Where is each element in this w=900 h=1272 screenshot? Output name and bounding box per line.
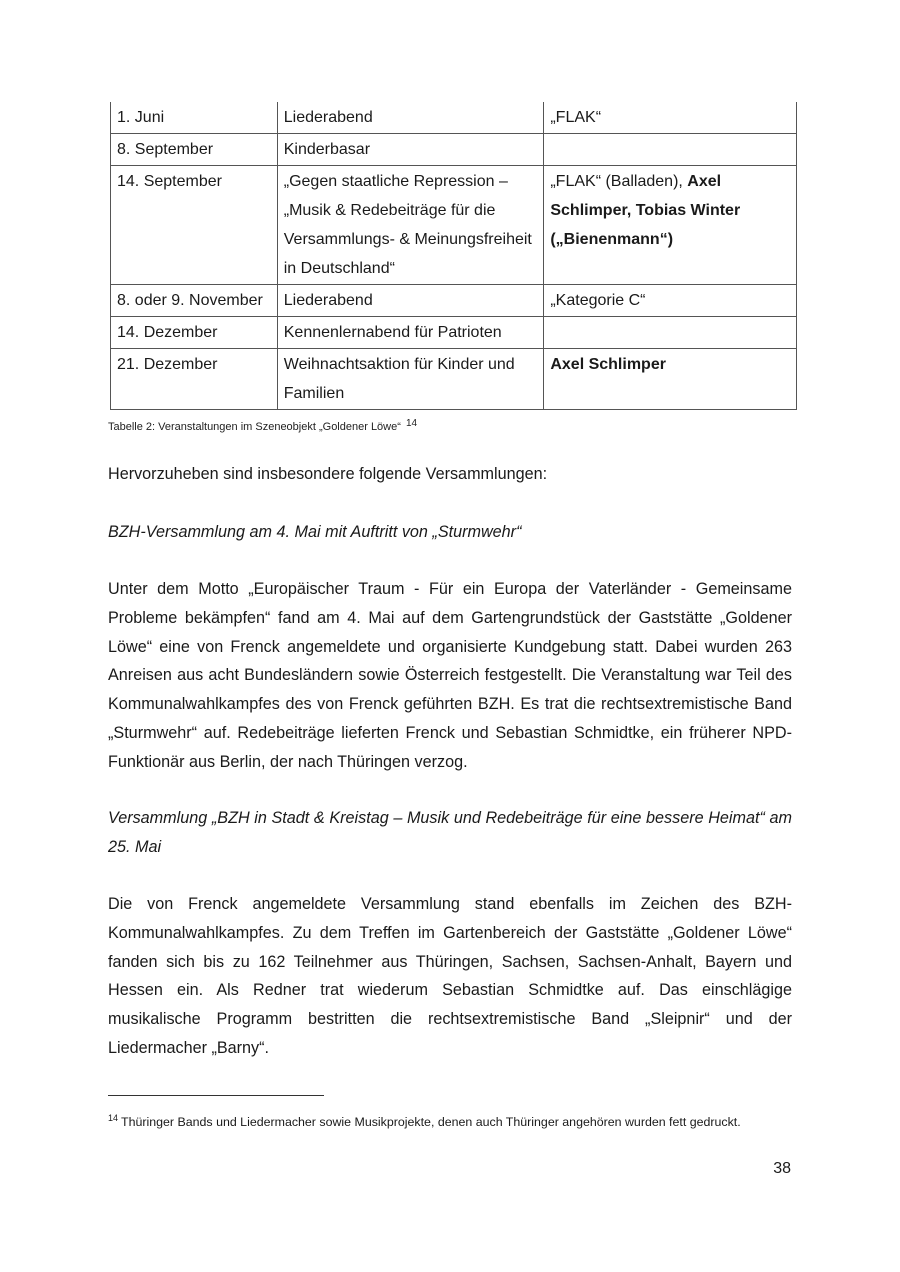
- events-table: 1. JuniLiederabend„FLAK“8. SeptemberKind…: [110, 102, 797, 410]
- footnote-divider: [108, 1095, 324, 1096]
- caption-footnote-ref[interactable]: 14: [406, 418, 417, 429]
- section-heading-sturmwehr: BZH-Versammlung am 4. Mai mit Auftritt v…: [108, 518, 792, 547]
- cell-artists: [544, 134, 797, 166]
- cell-event: Weihnachtsaktion für Kinder und Familien: [277, 349, 544, 410]
- cell-event: Liederabend: [277, 102, 544, 134]
- table-row: 8. SeptemberKinderbasar: [111, 134, 797, 166]
- paragraph-sturmwehr: Unter dem Motto „Europäischer Traum - Fü…: [108, 575, 792, 777]
- table-row: 21. DezemberWeihnachtsaktion für Kinder …: [111, 349, 797, 410]
- paragraph-bzh-stadt-kreistag: Die von Frenck angemeldete Versammlung s…: [108, 890, 792, 1063]
- artist: „Kategorie C“: [550, 292, 645, 309]
- footnote: 14Thüringer Bands und Liedermacher sowie…: [108, 1113, 741, 1129]
- cell-artists: Axel Schlimper: [544, 349, 797, 410]
- cell-event: „Gegen staatliche Repression – „Musik & …: [277, 166, 544, 285]
- footnote-number: 14: [108, 1113, 118, 1123]
- table-row: 8. oder 9. NovemberLiederabend„Kategorie…: [111, 285, 797, 317]
- intro-paragraph: Hervorzuheben sind insbesondere folgende…: [108, 460, 792, 489]
- cell-date: 8. oder 9. November: [111, 285, 278, 317]
- document-page: 1. JuniLiederabend„FLAK“8. SeptemberKind…: [0, 0, 900, 1272]
- cell-event: Kinderbasar: [277, 134, 544, 166]
- caption-text: Tabelle 2: Veranstaltungen im Szeneobjek…: [108, 421, 401, 433]
- cell-date: 14. Dezember: [111, 317, 278, 349]
- cell-artists: „FLAK“: [544, 102, 797, 134]
- artist-thuringian: Axel Schlimper: [550, 356, 666, 373]
- table-caption: Tabelle 2: Veranstaltungen im Szeneobjek…: [108, 418, 417, 433]
- cell-artists: „FLAK“ (Balladen), Axel Schlimper, Tobia…: [544, 166, 797, 285]
- cell-artists: [544, 317, 797, 349]
- page-number: 38: [773, 1160, 791, 1178]
- table-row: 14. DezemberKennenlernabend für Patriote…: [111, 317, 797, 349]
- cell-date: 8. September: [111, 134, 278, 166]
- cell-date: 21. Dezember: [111, 349, 278, 410]
- table-row: 1. JuniLiederabend„FLAK“: [111, 102, 797, 134]
- cell-event: Kennenlernabend für Patrioten: [277, 317, 544, 349]
- footnote-text: Thüringer Bands und Liedermacher sowie M…: [121, 1115, 741, 1129]
- cell-date: 1. Juni: [111, 102, 278, 134]
- cell-event: Liederabend: [277, 285, 544, 317]
- artist: „FLAK“ (Balladen),: [550, 173, 687, 190]
- cell-date: 14. September: [111, 166, 278, 285]
- table-row: 14. September„Gegen staatliche Repressio…: [111, 166, 797, 285]
- section-heading-bzh-stadt-kreistag: Versammlung „BZH in Stadt & Kreistag – M…: [108, 804, 792, 862]
- artist: „FLAK“: [550, 109, 601, 126]
- cell-artists: „Kategorie C“: [544, 285, 797, 317]
